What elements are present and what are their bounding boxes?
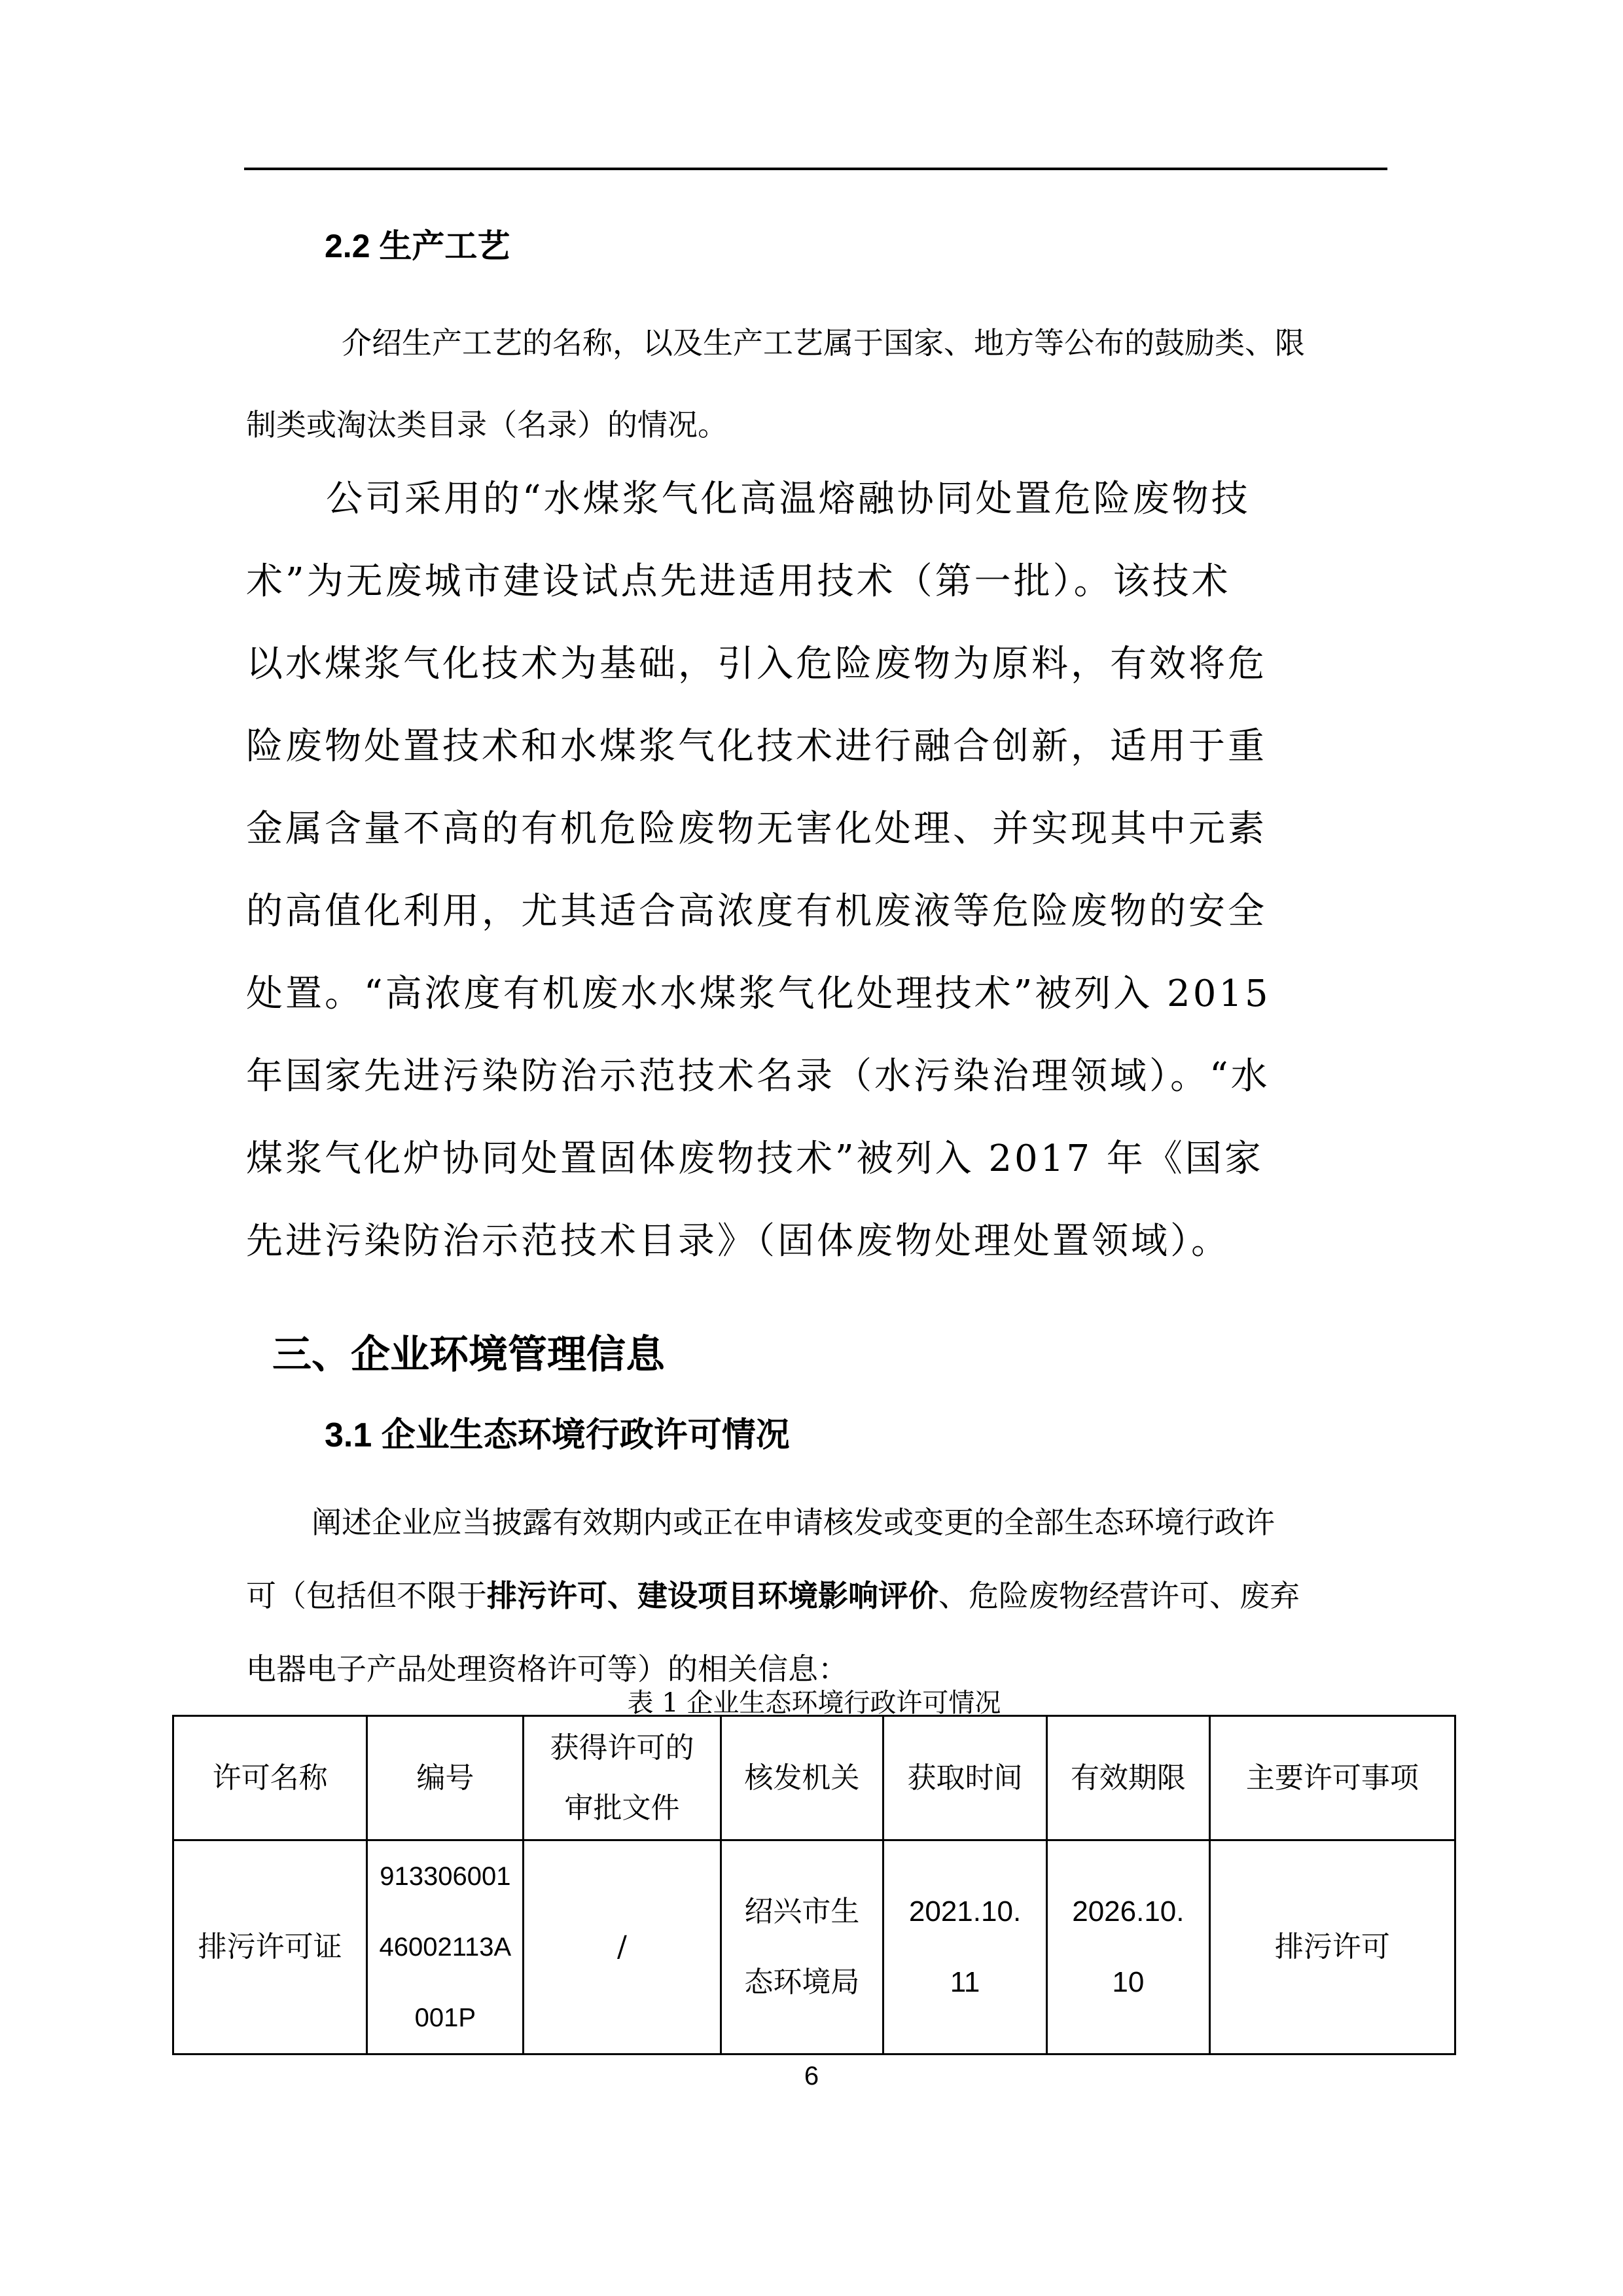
cell-number: 913306001 46002113A 001P — [367, 1840, 524, 2054]
section-3-1-description: 阐述企业应当披露有效期内或正在申请核发或变更的全部生态环境行政许 可（包括但不限… — [246, 1486, 1385, 1706]
instruction-line-2: 制类或淘汰类目录（名录）的情况。 — [246, 384, 1385, 466]
table-1-caption: 表 1 企业生态环境行政许可情况 — [172, 1682, 1456, 1719]
header-main-items: 主要许可事项 — [1209, 1716, 1455, 1840]
desc-line-1: 阐述企业应当披露有效期内或正在申请核发或变更的全部生态环境行政许 — [246, 1486, 1385, 1559]
body-line: 术”为无废城市建设试点先进适用技术（第一批）。该技术 — [246, 541, 1385, 623]
section-2-2-heading: 2.2 生产工艺 — [325, 220, 510, 267]
desc-line-2: 可（包括但不限于排污许可、建设项目环境影响评价、危险废物经营许可、废弃 — [246, 1559, 1385, 1632]
cell-main-items: 排污许可 — [1209, 1840, 1455, 2054]
body-line: 金属含量不高的有机危险废物无害化处理、并实现其中元素 — [246, 788, 1385, 870]
header-rule — [244, 168, 1387, 170]
body-line: 先进污染防治示范技术目录》（固体废物处理处置领域）。 — [246, 1200, 1385, 1283]
permits-table: 许可名称 编号 获得许可的审批文件 核发机关 获取时间 有效期限 主要许可事项 … — [172, 1715, 1456, 2055]
page-number: 6 — [0, 2062, 1623, 2091]
body-line: 处置。“高浓度有机废水水煤浆气化处理技术”被列入 2015 — [246, 953, 1385, 1035]
header-permit-name: 许可名称 — [173, 1716, 367, 1840]
body-line: 险废物处置技术和水煤浆气化技术进行融合创新，适用于重 — [246, 706, 1385, 788]
body-line: 年国家先进污染防治示范技术名录（水污染治理领域）。“水 — [246, 1035, 1385, 1118]
cell-approval-doc: / — [524, 1840, 721, 2054]
body-line: 煤浆气化炉协同处置固体废物技术”被列入 2017 年《国家 — [246, 1118, 1385, 1200]
body-line: 的高值化利用，尤其适合高浓度有机废液等危险废物的安全 — [246, 870, 1385, 953]
desc-line-2-bold: 排污许可、建设项目环境影响评价 — [487, 1579, 938, 1613]
header-approval-doc: 获得许可的审批文件 — [524, 1716, 721, 1840]
header-number: 编号 — [367, 1716, 524, 1840]
header-obtained-date: 获取时间 — [883, 1716, 1047, 1840]
desc-line-2-post: 、危险废物经营许可、废弃 — [938, 1579, 1300, 1613]
header-valid-until: 有效期限 — [1046, 1716, 1209, 1840]
section-2-2-instruction: 介绍生产工艺的名称，以及生产工艺属于国家、地方等公布的鼓励类、限 制类或淘汰类目… — [246, 302, 1385, 466]
desc-line-2-pre: 可（包括但不限于 — [246, 1579, 487, 1613]
instruction-line-1: 介绍生产工艺的名称，以及生产工艺属于国家、地方等公布的鼓励类、限 — [246, 302, 1385, 384]
section-3-1-heading: 3.1 企业生态环境行政许可情况 — [325, 1407, 790, 1456]
section-2-2-body: 公司采用的“水煤浆气化高温熔融协同处置危险废物技 术”为无废城市建设试点先进适用… — [246, 458, 1385, 1283]
table-row: 排污许可证 913306001 46002113A 001P / 绍兴市生 态环… — [173, 1840, 1455, 2054]
cell-issuer: 绍兴市生 态环境局 — [721, 1840, 883, 2054]
section-3-heading: 三、企业环境管理信息 — [272, 1323, 665, 1380]
body-line: 公司采用的“水煤浆气化高温熔融协同处置危险废物技 — [246, 458, 1385, 541]
cell-permit-name: 排污许可证 — [173, 1840, 367, 2054]
table-header-row: 许可名称 编号 获得许可的审批文件 核发机关 获取时间 有效期限 主要许可事项 — [173, 1716, 1455, 1840]
header-issuer: 核发机关 — [721, 1716, 883, 1840]
body-line: 以水煤浆气化技术为基础，引入危险废物为原料，有效将危 — [246, 623, 1385, 706]
cell-obtained-date: 2021.10. 11 — [883, 1840, 1047, 2054]
cell-valid-until: 2026.10. 10 — [1046, 1840, 1209, 2054]
